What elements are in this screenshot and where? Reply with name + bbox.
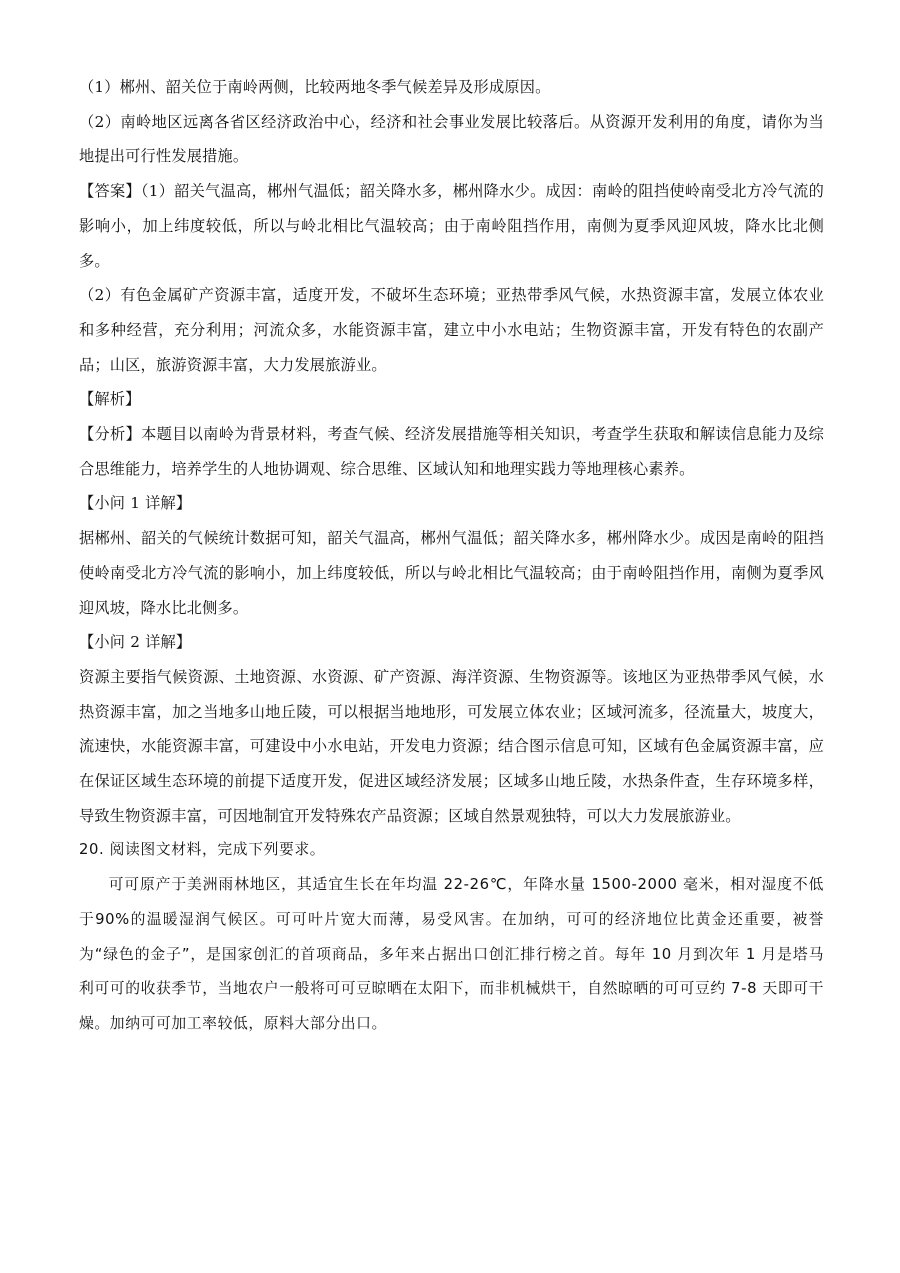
detail-2-label: 【小问 2 详解】 <box>79 625 824 660</box>
question-20: 20. 阅读图文材料，完成下列要求。 可可原产于美洲雨林地区，其适宜生长在年均温… <box>79 833 824 1041</box>
question-20-material: 可可原产于美洲雨林地区，其适宜生长在年均温 22-26℃，年降水量 1500-2… <box>79 868 824 1042</box>
detail-1-label: 【小问 1 详解】 <box>79 486 824 521</box>
question-19-sub2: （2）南岭地区远离各省区经济政治中心，经济和社会事业发展比较落后。从资源开发利用… <box>79 105 824 174</box>
analysis-label: 【解析】 <box>79 382 824 417</box>
answer-1-text: （1）韶关气温高，郴州气温低；韶关降水多，郴州降水少。成因：南岭的阻挡使岭南受北… <box>79 182 824 269</box>
fenxi-block: 【分析】本题目以南岭为背景材料，考查气候、经济发展措施等相关知识，考查学生获取和… <box>79 417 824 486</box>
answer-2-text: （2）有色金属矿产资源丰富，适度开发，不破坏生态环境；亚热带季风气候，水热资源丰… <box>79 278 824 382</box>
detail-2-text: 资源主要指气候资源、土地资源、水资源、矿产资源、海洋资源、生物资源等。该地区为亚… <box>79 660 824 834</box>
answer-label: 【答案】 <box>79 182 141 200</box>
question-19-sub1: （1）郴州、韶关位于南岭两侧，比较两地冬季气候差异及形成原因。 <box>79 70 824 105</box>
fenxi-text: 本题目以南岭为背景材料，考查气候、经济发展措施等相关知识，考查学生获取和解读信息… <box>79 425 824 478</box>
question-20-title: 20. 阅读图文材料，完成下列要求。 <box>79 833 824 868</box>
fenxi-label: 【分析】 <box>79 425 141 443</box>
answer-block: 【答案】（1）韶关气温高，郴州气温低；韶关降水多，郴州降水少。成因：南岭的阻挡使… <box>79 174 824 278</box>
document-page: （1）郴州、韶关位于南岭两侧，比较两地冬季气候差异及形成原因。 （2）南岭地区远… <box>79 70 824 1042</box>
detail-1-text: 据郴州、韶关的气候统计数据可知，韶关气温高，郴州气温低；韶关降水多，郴州降水少。… <box>79 521 824 625</box>
